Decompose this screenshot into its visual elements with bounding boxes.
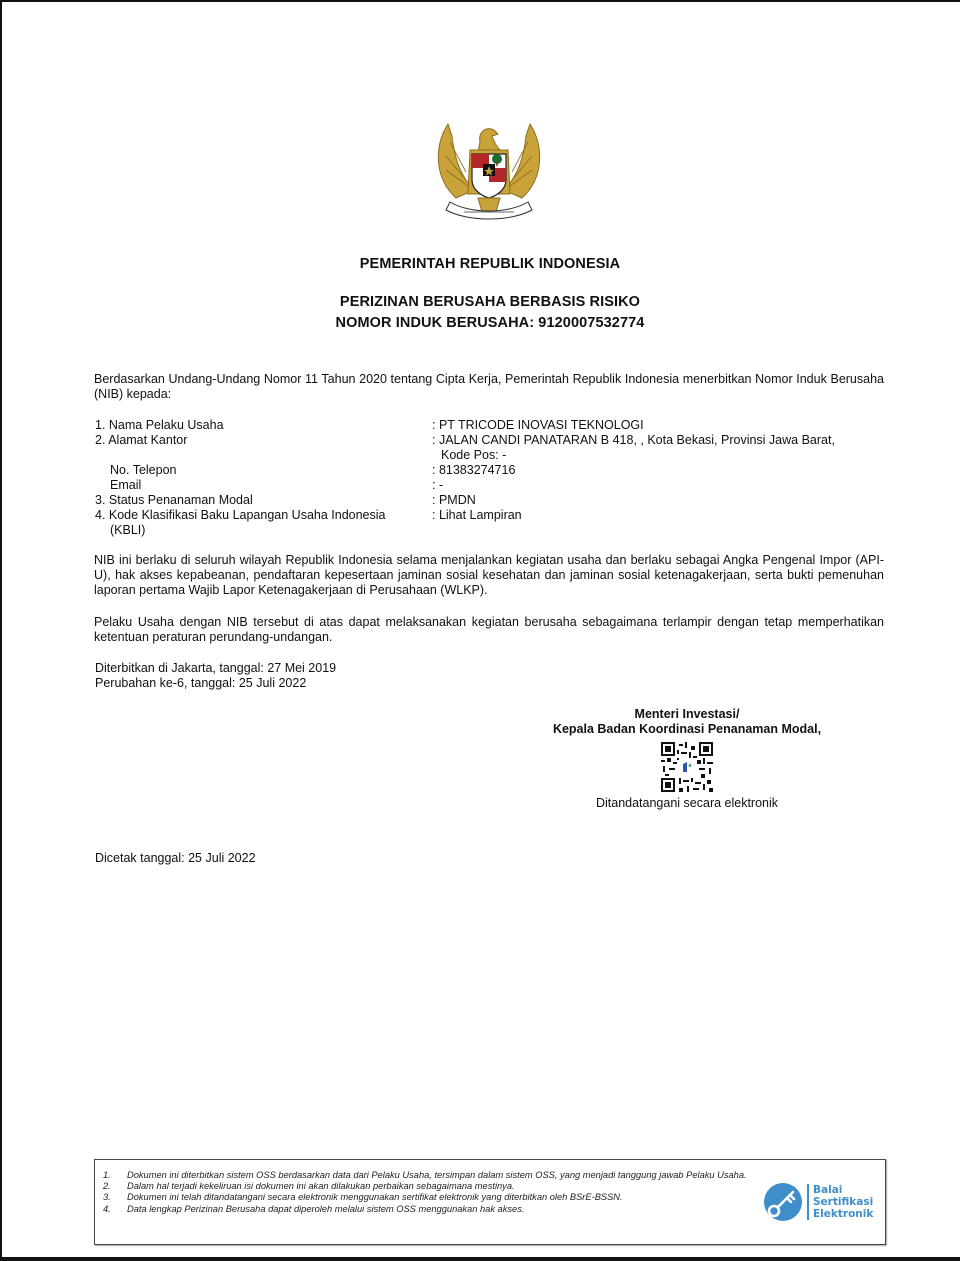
- nib-number: NOMOR INDUK BERUSAHA: 9120007532774: [2, 315, 960, 331]
- footer-note: 1.Dokumen ini diterbitkan sistem OSS ber…: [103, 1170, 763, 1181]
- field-label-kbli-cont: (KBLI): [110, 523, 145, 538]
- signatory-title-line1: Menteri Investasi/: [537, 707, 837, 722]
- amendment-date: Perubahan ke-6, tanggal: 25 Juli 2022: [95, 676, 306, 691]
- field-label-investment-status: 3. Status Penanaman Modal: [95, 493, 253, 508]
- document-page: PEMERINTAH REPUBLIK INDONESIA PERIZINAN …: [2, 2, 960, 1257]
- permission-paragraph: Pelaku Usaha dengan NIB tersebut di atas…: [94, 615, 884, 645]
- footer-note: 2.Dalam hal terjadi kekeliruan isi dokum…: [103, 1181, 763, 1192]
- field-label-email: Email: [110, 478, 141, 493]
- footer-note: 4.Data lengkap Perizinan Berusaha dapat …: [103, 1204, 763, 1215]
- footer-notes-box: 1.Dokumen ini diterbitkan sistem OSS ber…: [94, 1159, 886, 1245]
- intro-paragraph: Berdasarkan Undang-Undang Nomor 11 Tahun…: [94, 372, 884, 402]
- field-value-postal-code: Kode Pos: -: [441, 448, 506, 463]
- field-label-kbli: 4. Kode Klasifikasi Baku Lapangan Usaha …: [95, 508, 385, 523]
- printed-date: Dicetak tanggal: 25 Juli 2022: [95, 851, 256, 866]
- field-label-phone: No. Telepon: [110, 463, 177, 478]
- signature-block: Menteri Investasi/ Kepala Badan Koordina…: [537, 707, 837, 737]
- validity-paragraph: NIB ini berlaku di seluruh wilayah Repub…: [94, 553, 884, 598]
- signatory-title-line2: Kepala Badan Koordinasi Penanaman Modal,: [537, 722, 837, 737]
- field-value-kbli: : Lihat Lampiran: [432, 508, 522, 523]
- garuda-pancasila-emblem-icon: [430, 116, 548, 228]
- logo-text-line1: Balai: [813, 1184, 873, 1196]
- footer-notes-list: 1.Dokumen ini diterbitkan sistem OSS ber…: [103, 1170, 763, 1215]
- electronic-signature-note: Ditandatangani secara elektronik: [537, 796, 837, 811]
- logo-text-line2: Sertifikasi: [813, 1196, 873, 1208]
- key-circle-icon: [763, 1182, 803, 1222]
- government-heading: PEMERINTAH REPUBLIK INDONESIA: [2, 256, 960, 272]
- field-value-investment-status: : PMDN: [432, 493, 476, 508]
- field-label-office-address: 2. Alamat Kantor: [95, 433, 187, 448]
- issued-date: Diterbitkan di Jakarta, tanggal: 27 Mei …: [95, 661, 336, 676]
- field-value-email: : -: [432, 478, 443, 493]
- field-value-phone: : 81383274716: [432, 463, 515, 478]
- logo-text-line3: Elektronik: [813, 1208, 873, 1220]
- field-value-office-address: : JALAN CANDI PANATARAN B 418, , Kota Be…: [432, 433, 835, 448]
- logo-divider: [807, 1184, 809, 1220]
- bsre-logo: Balai Sertifikasi Elektronik: [763, 1182, 883, 1226]
- footer-note: 3.Dokumen ini telah ditandatangani secar…: [103, 1192, 763, 1203]
- field-value-company-name: : PT TRICODE INOVASI TEKNOLOGI: [432, 418, 644, 433]
- field-label-company-name: 1. Nama Pelaku Usaha: [95, 418, 224, 433]
- document-title: PERIZINAN BERUSAHA BERBASIS RISIKO: [2, 294, 960, 310]
- qr-code-icon[interactable]: [661, 742, 713, 792]
